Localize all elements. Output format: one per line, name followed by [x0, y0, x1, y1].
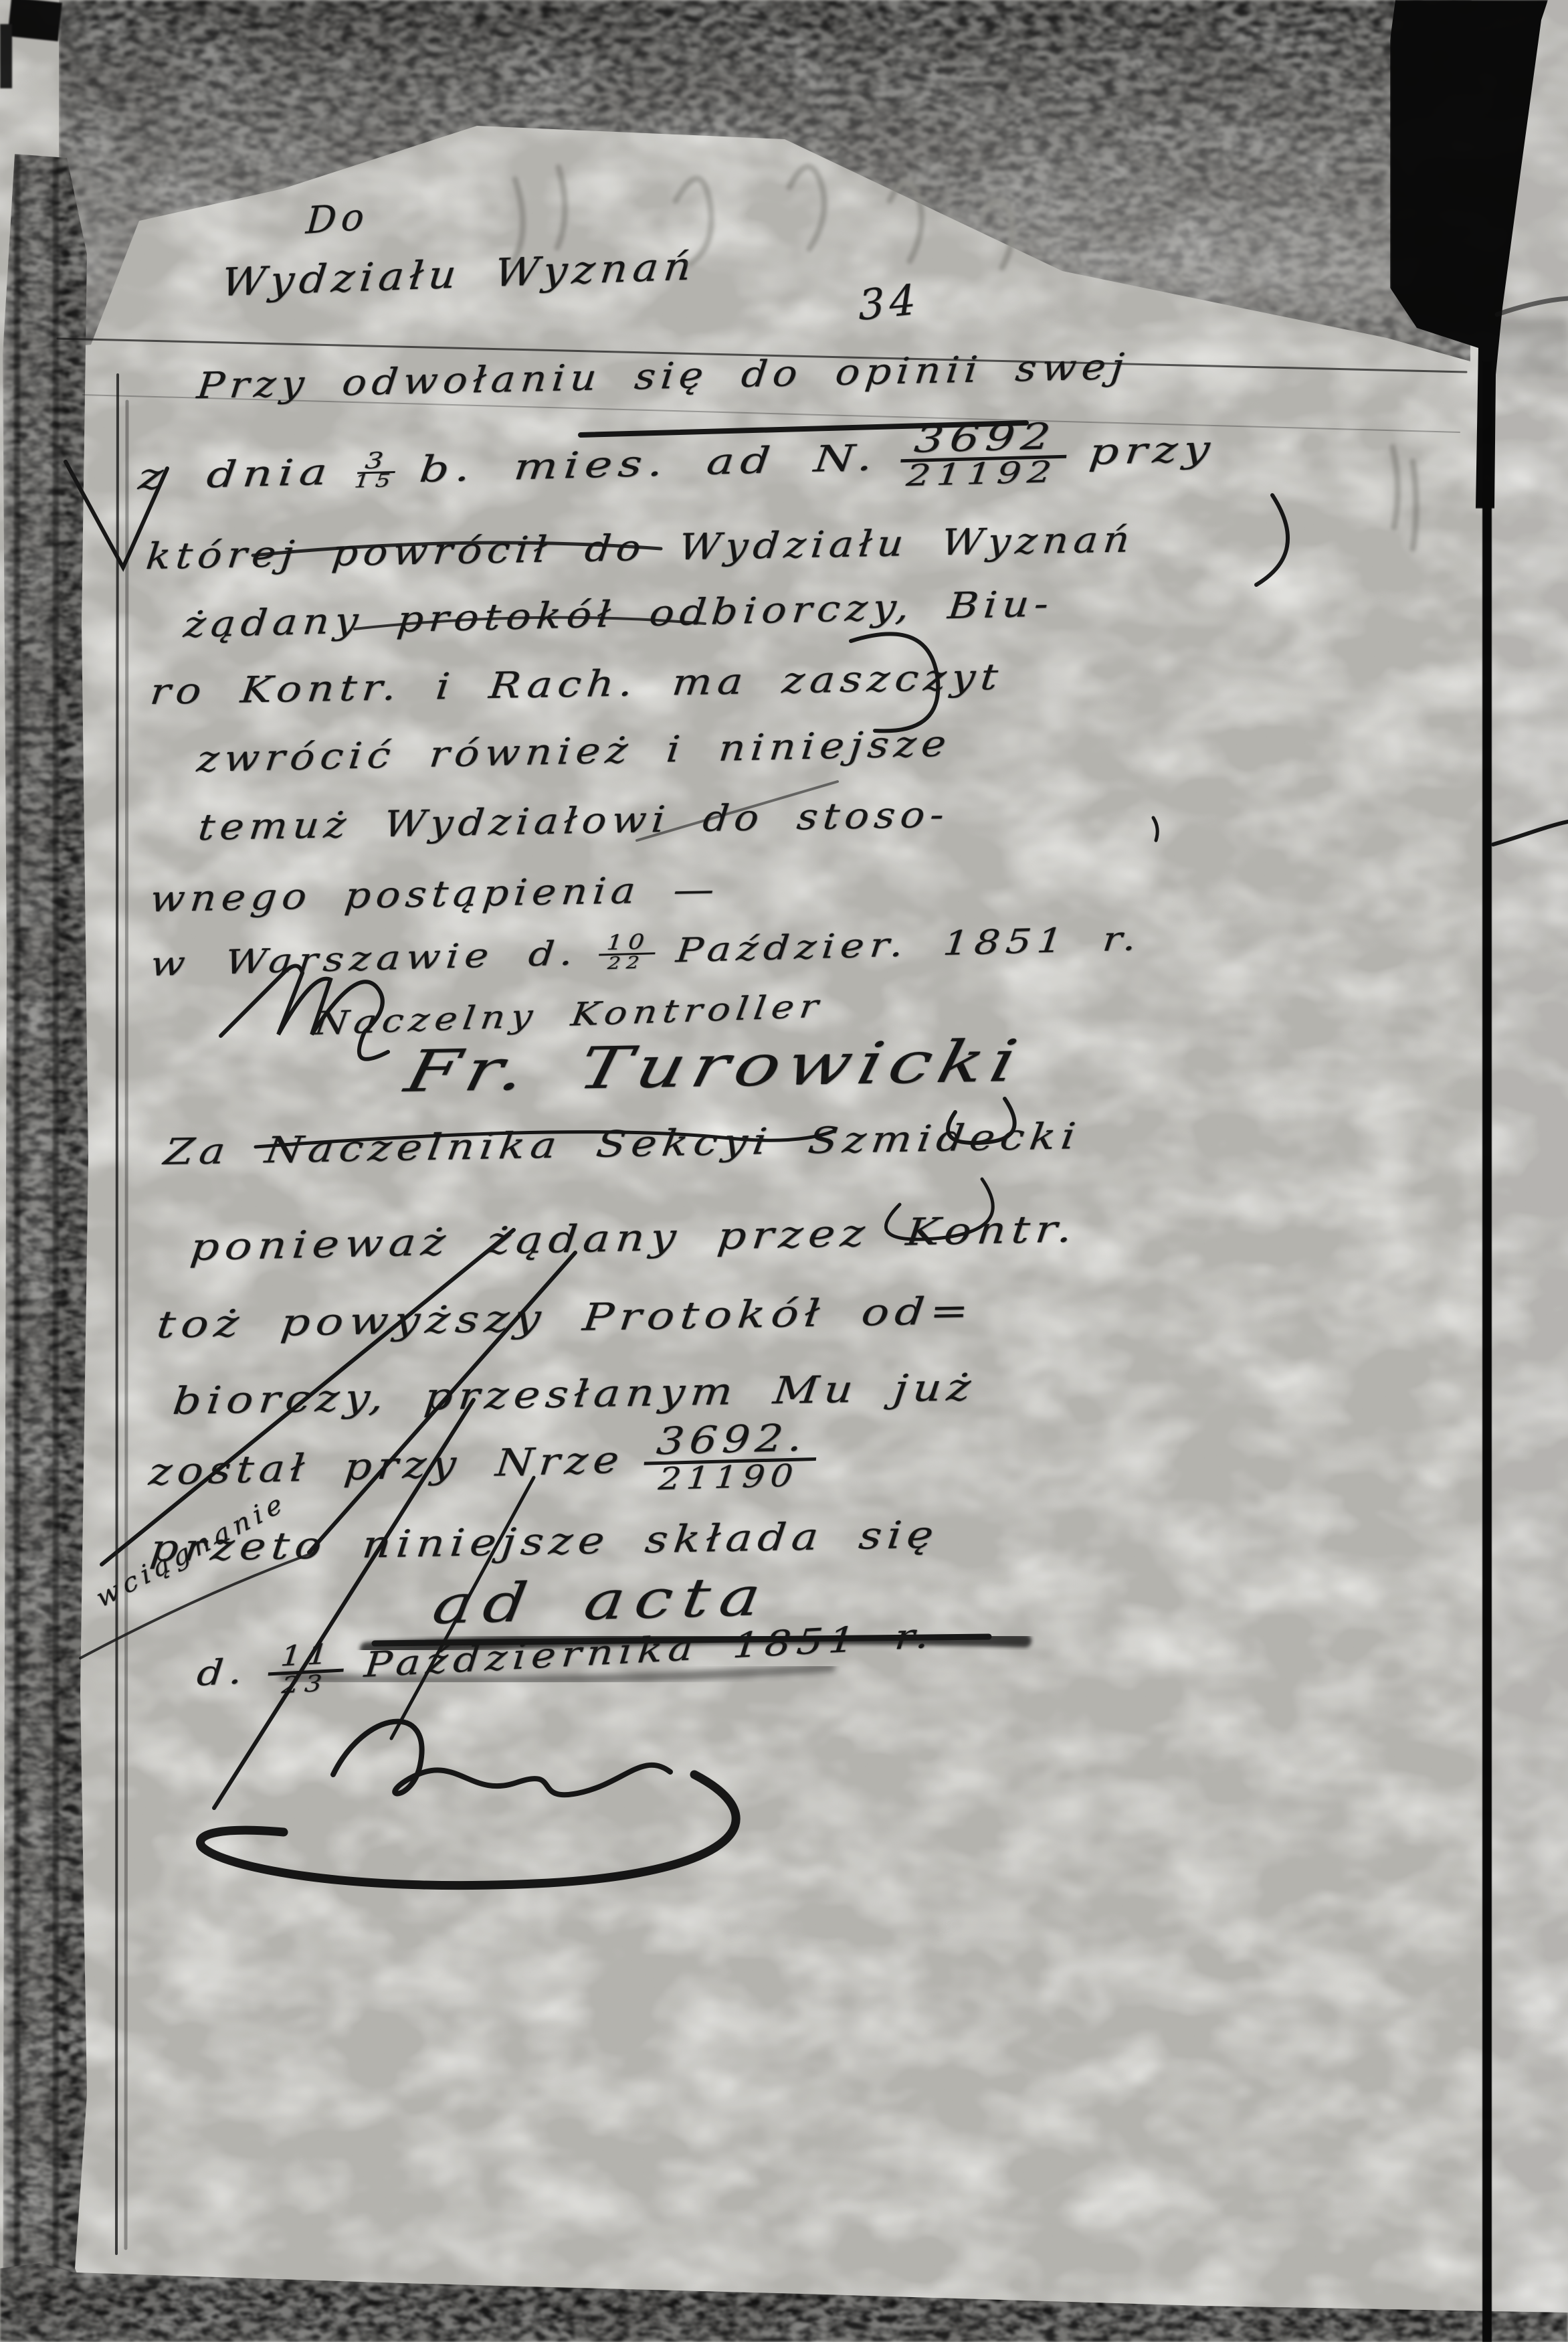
body1-line6: zwrócić również i niniejsze	[195, 722, 954, 780]
deputy-signature: Szmidecki	[805, 1115, 1083, 1162]
deputy-prefix: Za Naczelnika Sekcyi	[161, 1120, 775, 1173]
body1-line8: wnego postąpienia —	[148, 868, 721, 920]
dateline1-month-year: Paździer. 1851 r.	[674, 919, 1143, 970]
body1-line5: ro Kontr. i Rach. ma zaszczyt	[148, 656, 1005, 713]
body1-line2: z dnia 315 b. mies. ad N. 369221192 przy	[135, 415, 1219, 511]
signature-chief-controller: Fr. Turowicki	[399, 1028, 1030, 1105]
ref-number-fraction-2: 3692.21190	[641, 1420, 820, 1494]
date-fraction-3-15: 315	[353, 450, 399, 490]
body1-line2-mid: b. mies. ad N.	[417, 436, 880, 490]
body1-line1: Przy odwołaniu się do opinii swej	[195, 345, 1131, 407]
manuscript-page: 34 Do Wydziału Wyznań Przy odwołaniu się…	[0, 0, 1568, 2342]
date-fraction-10-22: 1022	[597, 933, 657, 971]
body2-line3: biorczy, przesłanym Mu już	[171, 1366, 978, 1423]
body1-line4: żądany protokół odbiorczy, Biu-	[182, 582, 1056, 646]
body2-line4: został przy Nrze 3692.21190	[146, 1420, 820, 1508]
document-scan: 34 Do Wydziału Wyznań Przy odwołaniu się…	[0, 0, 1568, 2342]
body2-line4-pre: został przy Nrze	[147, 1438, 626, 1494]
dateline1-place: w Warszawie d.	[149, 933, 580, 984]
folio-number: 34	[858, 274, 921, 330]
body1-line3: której powrócił do Wydziału Wyznań	[144, 518, 1137, 577]
dateline-1: w Warszawie d. 1022 Paździer. 1851 r.	[149, 919, 1143, 984]
salutation: Do	[304, 195, 370, 243]
body1-line2-pre: z dnia	[136, 451, 335, 499]
deputy-signature-line: Za Naczelnika Sekcyi Szmidecki	[161, 1115, 1084, 1173]
ref-number-fraction-1: 369221192	[898, 419, 1070, 491]
addressee: Wydziału Wyznań	[219, 243, 699, 305]
date-fraction-11-23: 1123	[266, 1640, 347, 1698]
body1-line2-post: przy	[1087, 428, 1217, 473]
body2-line2: toż powyższy Protokół od=	[155, 1289, 976, 1347]
body1-line7: temuż Wydziałowi do stoso-	[196, 793, 951, 848]
body2-line1: ponieważ żądany przez Kontr.	[188, 1207, 1080, 1269]
dateline2-d: d.	[195, 1651, 250, 1694]
